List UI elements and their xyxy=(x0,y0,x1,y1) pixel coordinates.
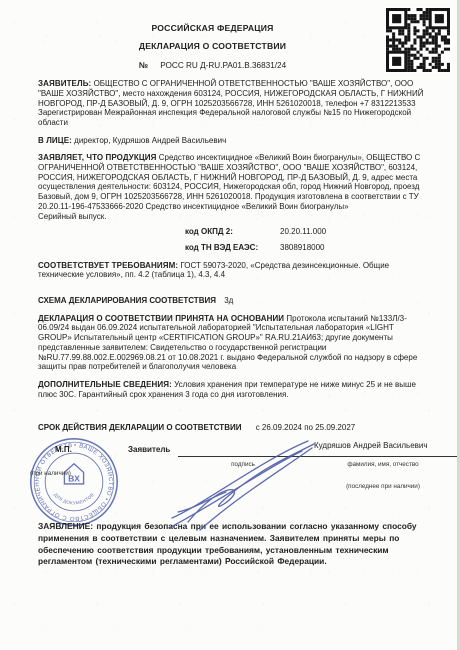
person-paragraph: В ЛИЦЕ: директор, Кудряшов Андрей Василь… xyxy=(38,136,427,146)
applicant-label: ЗАЯВИТЕЛЬ: xyxy=(38,79,91,88)
validity-dates: с 26.09.2024 по 25.09.2027 xyxy=(256,423,356,432)
name-caption: фамилия, имя, отчество xyxy=(308,460,458,470)
validity-row: СРОК ДЕЙСТВИЯ ДЕКЛАРАЦИИ О СООТВЕТСТВИИ … xyxy=(38,423,355,433)
okpd-code-row: код ОКПД 2: 20.20.11.000 xyxy=(185,227,427,237)
document-title: ДЕКЛАРАЦИЯ О СООТВЕТСТВИИ xyxy=(38,42,387,52)
applicant-text: ОБЩЕСТВО С ОГРАНИЧЕННОЙ ОТВЕТСТВЕННОСТЬЮ… xyxy=(38,79,423,107)
person-text: директор, Кудряшов Андрей Васильевич xyxy=(74,136,226,145)
stamp-place-note: (при наличии) xyxy=(30,469,71,479)
serial-issue-text: Серийный выпуск. xyxy=(38,212,106,221)
product-paragraph: ЗАЯВЛЯЕТ, ЧТО ПРОДУКЦИЯ Средство инсекти… xyxy=(38,153,427,221)
country-title: РОССИЙСКАЯ ФЕДЕРАЦИЯ xyxy=(38,24,387,34)
basis-label: ДЕКЛАРАЦИЯ О СООТВЕТСТВИИ ПРИНЯТА НА ОСН… xyxy=(38,314,284,323)
declaration-document-page: • ВАШЕ ХОЗЯЙСТВО • ОБЩЕСТВО С ОГРАНИЧЕНН… xyxy=(0,0,460,650)
additional-info-label: ДОПОЛНИТЕЛЬНЫЕ СВЕДЕНИЯ: xyxy=(38,380,172,389)
signature-scribble xyxy=(166,434,320,536)
statement-label: ЗАЯВЛЕНИЕ: xyxy=(38,521,93,531)
person-label: В ЛИЦЕ: xyxy=(38,136,72,145)
declaration-number-line: № РОСС RU Д-RU.РА01.В.36831/24 xyxy=(38,61,387,71)
applicant-registration: Зарегистрирован Межрайонная инспекция Фе… xyxy=(38,108,411,127)
additional-info-paragraph: ДОПОЛНИТЕЛЬНЫЕ СВЕДЕНИЯ: Условия хранени… xyxy=(38,380,427,399)
signer-name: Кудряшов Андрей Васильевич xyxy=(314,441,428,451)
conformity-paragraph: СООТВЕТСТВУЕТ ТРЕБОВАНИЯМ: ГОСТ 59073-20… xyxy=(38,261,427,280)
scheme-label: СХЕМА ДЕКЛАРИРОВАНИЯ СООТВЕТСТВИЯ xyxy=(38,296,216,305)
scheme-row: СХЕМА ДЕКЛАРИРОВАНИЯ СООТВЕТСТВИЯ 3д xyxy=(38,296,427,306)
okpd-value: 20.20.11.000 xyxy=(280,227,326,237)
applicant-paragraph: ЗАЯВИТЕЛЬ: ОБЩЕСТВО С ОГРАНИЧЕННОЙ ОТВЕТ… xyxy=(38,79,427,128)
tnved-value: 3808918000 xyxy=(280,243,325,253)
name-line xyxy=(308,456,458,457)
tnved-label: код ТН ВЭД ЕАЭС: xyxy=(185,243,280,253)
number-label: № xyxy=(139,61,148,70)
applicant-sign-label: Заявитель xyxy=(128,445,170,455)
tnved-code-row: код ТН ВЭД ЕАЭС: 3808918000 xyxy=(185,243,427,253)
basis-paragraph: ДЕКЛАРАЦИЯ О СООТВЕТСТВИИ ПРИНЯТА НА ОСН… xyxy=(38,314,427,372)
name-caption-note: (последнее при наличии) xyxy=(308,482,458,492)
scheme-value: 3д xyxy=(224,296,233,305)
okpd-label: код ОКПД 2: xyxy=(185,227,280,237)
conformity-label: СООТВЕТСТВУЕТ ТРЕБОВАНИЯМ: xyxy=(38,261,178,270)
declaration-number: РОСС RU Д-RU.РА01.В.36831/24 xyxy=(160,61,286,70)
product-label: ЗАЯВЛЯЕТ, ЧТО ПРОДУКЦИЯ xyxy=(38,153,157,162)
validity-label: СРОК ДЕЙСТВИЯ ДЕКЛАРАЦИИ О СООТВЕТСТВИИ xyxy=(38,423,241,432)
stamp-place-label: М.П. xyxy=(55,445,72,455)
